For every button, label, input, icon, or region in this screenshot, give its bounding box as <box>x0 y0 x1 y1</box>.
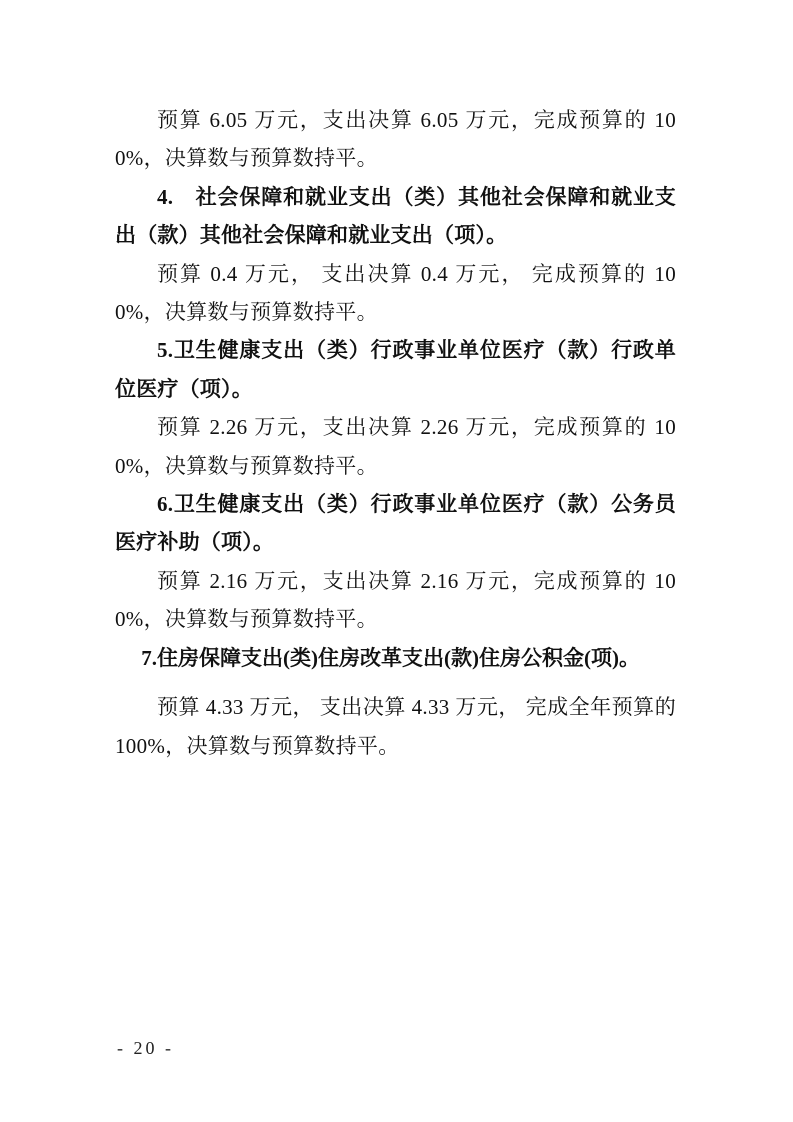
paragraph-budget-6-05: 预算 6.05 万元，支出决算 6.05 万元，完成预算的 100%，决算数与预… <box>115 101 676 178</box>
paragraph-budget-0-4: 预算 0.4 万元， 支出决算 0.4 万元， 完成预算的 100%，决算数与预… <box>115 255 676 332</box>
heading-item-4-social-security: 4. 社会保障和就业支出（类）其他社会保障和就业支出（款）其他社会保障和就业支出… <box>115 178 676 255</box>
paragraph-budget-2-26: 预算 2.26 万元，支出决算 2.26 万元，完成预算的 100%，决算数与预… <box>115 408 676 485</box>
heading-item-5-health-admin-medical: 5.卫生健康支出（类）行政事业单位医疗（款）行政单位医疗（项）。 <box>115 331 676 408</box>
page-number: - 20 - <box>117 1038 174 1059</box>
document-page: 预算 6.05 万元，支出决算 6.05 万元，完成预算的 100%，决算数与预… <box>0 0 793 1122</box>
document-body: 预算 6.05 万元，支出决算 6.05 万元，完成预算的 100%，决算数与预… <box>115 101 676 765</box>
heading-item-7-housing-security: 7.住房保障支出(类)住房改革支出(款)住房公积金(项)。 <box>115 639 676 677</box>
paragraph-budget-2-16: 预算 2.16 万元，支出决算 2.16 万元，完成预算的 100%，决算数与预… <box>115 562 676 639</box>
paragraph-budget-4-33: 预算 4.33 万元， 支出决算 4.33 万元， 完成全年预算的 100%，决… <box>115 688 676 765</box>
heading-item-6-health-civil-servant-medical: 6.卫生健康支出（类）行政事业单位医疗（款）公务员医疗补助（项）。 <box>115 485 676 562</box>
